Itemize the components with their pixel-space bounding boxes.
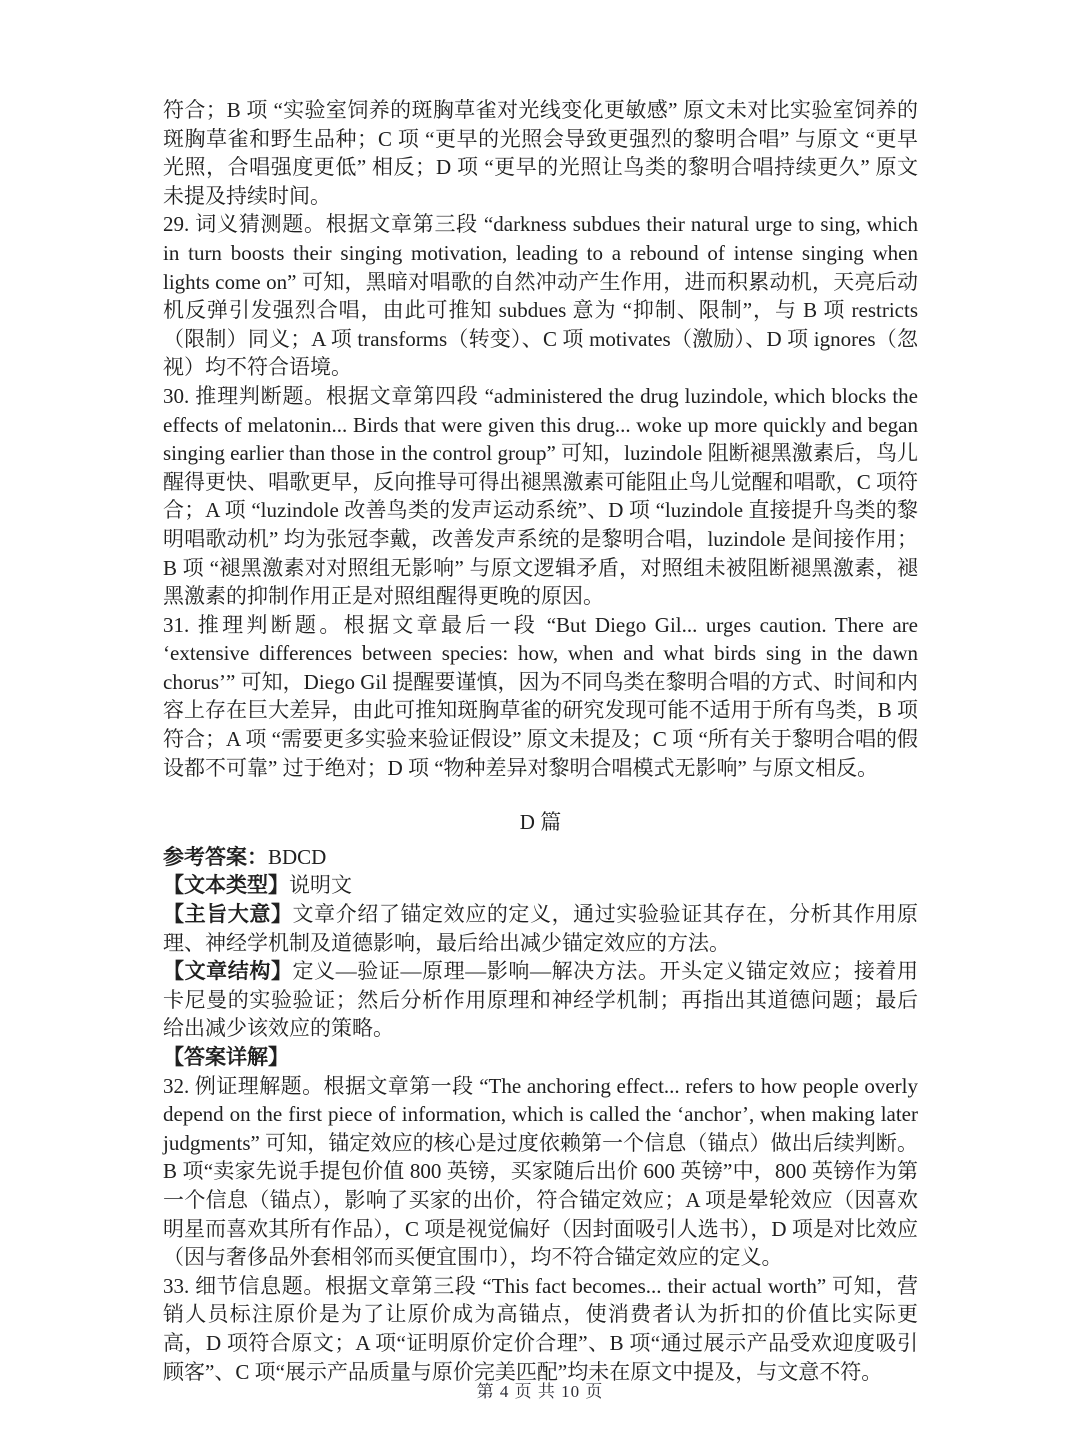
main-idea-row: 【主旨大意】文章介绍了锚定效应的定义，通过实验验证其存在，分析其作用原理、神经学… (163, 900, 918, 957)
explanation-paragraph-33: 33. 细节信息题。根据文章第三段 “This fact becomes... … (163, 1272, 918, 1386)
page-content: 符合；B 项 “实验室饲养的斑胸草雀对光线变化更敏感” 原文未对比实验室饲养的斑… (163, 96, 918, 1386)
explanation-paragraph-28-continuation: 符合；B 项 “实验室饲养的斑胸草雀对光线变化更敏感” 原文未对比实验室饲养的斑… (163, 96, 918, 210)
main-idea-label: 【主旨大意】 (163, 902, 293, 926)
structure-row: 【文章结构】定义—验证—原理—影响—解决方法。开头定义锚定效应；接着用卡尼曼的实… (163, 957, 918, 1043)
answer-detail-heading-row: 【答案详解】 (163, 1043, 918, 1072)
document-page: 符合；B 项 “实验室饲养的斑胸草雀对光线变化更敏感” 原文未对比实验室饲养的斑… (0, 0, 1080, 1443)
explanation-paragraph-30: 30. 推理判断题。根据文章第四段 “administered the drug… (163, 382, 918, 611)
text-type-label: 【文本类型】 (163, 873, 289, 897)
reference-answer-label: 参考答案： (163, 845, 268, 869)
text-type-value: 说明文 (289, 873, 352, 897)
explanation-paragraph-31: 31. 推理判断题。根据文章最后一段 “But Diego Gil... urg… (163, 611, 918, 783)
passage-d-heading: D 篇 (163, 808, 918, 837)
page-footer: 第 4 页 共 10 页 (0, 1377, 1080, 1402)
reference-answer-row: 参考答案：BDCD (163, 843, 918, 872)
explanation-paragraph-32: 32. 例证理解题。根据文章第一段 “The anchoring effect.… (163, 1072, 918, 1272)
explanation-paragraph-29: 29. 词义猜测题。根据文章第三段 “darkness subdues thei… (163, 210, 918, 382)
answer-detail-label: 【答案详解】 (163, 1045, 289, 1069)
structure-label: 【文章结构】 (163, 959, 293, 983)
text-type-row: 【文本类型】说明文 (163, 871, 918, 900)
reference-answer-value: BDCD (268, 845, 326, 869)
